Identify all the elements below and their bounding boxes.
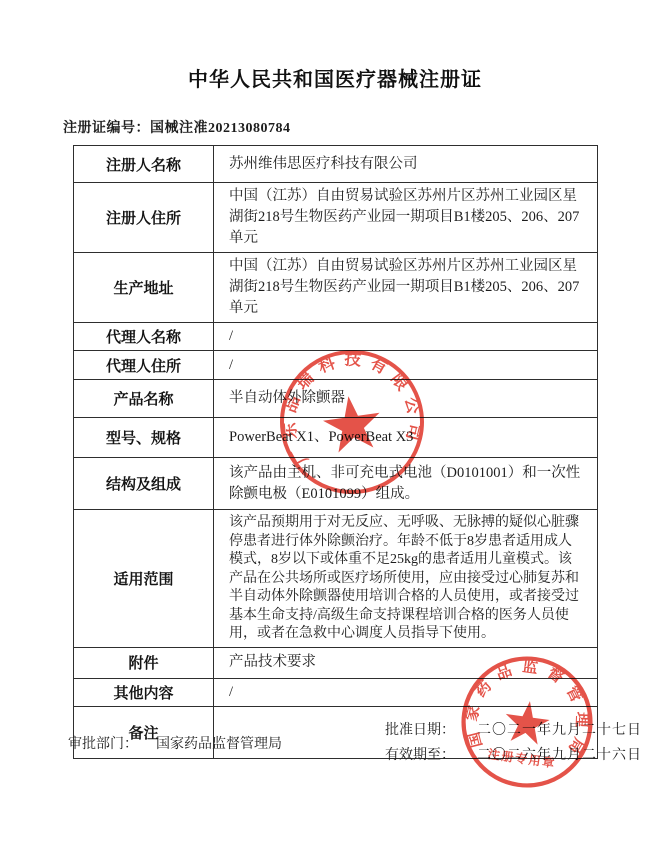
table-row: 型号、规格 PowerBeat X1、PowerBeat X3 (74, 418, 598, 458)
approval-department-label: 审批部门： (68, 737, 138, 752)
page-title: 中华人民共和国医疗器械注册证 (0, 63, 670, 92)
row-value: 该产品由主机、非可充电式电池（D0101001）和一次性除颤电极（E010109… (214, 458, 598, 510)
approval-date-value: 二〇二一年九月二十七日 (477, 723, 642, 738)
row-value: 中国（江苏）自由贸易试验区苏州片区苏州工业园区星湖街218号生物医药产业园一期项… (214, 183, 598, 253)
valid-until-line: 有效期至：二〇二六年九月二十六日 (385, 743, 642, 768)
row-label: 其他内容 (74, 678, 214, 706)
row-label: 注册人住所 (74, 183, 214, 253)
row-value: / (214, 351, 598, 380)
row-value: 半自动体外除颤器 (214, 380, 598, 418)
row-label: 附件 (74, 647, 214, 678)
row-label: 结构及组成 (74, 458, 214, 510)
table-row: 其他内容 / (74, 678, 598, 706)
row-value: 中国（江苏）自由贸易试验区苏州片区苏州工业园区星湖街218号生物医药产业园一期项… (214, 253, 598, 323)
registration-table: 注册人名称 苏州维伟思医疗科技有限公司 注册人住所 中国（江苏）自由贸易试验区苏… (73, 145, 598, 759)
row-value: PowerBeat X1、PowerBeat X3 (214, 418, 598, 458)
table-row: 注册人住所 中国（江苏）自由贸易试验区苏州片区苏州工业园区星湖街218号生物医药… (74, 183, 598, 253)
footer-dates: 批准日期：二〇二一年九月二十七日 有效期至：二〇二六年九月二十六日 (385, 718, 642, 768)
row-label: 生产地址 (74, 253, 214, 323)
cert-number-value: 国械注准20213080784 (150, 121, 291, 136)
approval-date-line: 批准日期：二〇二一年九月二十七日 (385, 718, 642, 743)
row-value: / (214, 678, 598, 706)
table-row: 注册人名称 苏州维伟思医疗科技有限公司 (74, 146, 598, 183)
row-value: 该产品预期用于对无反应、无呼吸、无脉搏的疑似心脏骤停患者进行体外除颤治疗。年龄不… (214, 510, 598, 648)
row-label: 产品名称 (74, 380, 214, 418)
approval-department-value: 国家药品监督管理局 (156, 737, 282, 752)
row-value: / (214, 323, 598, 351)
approval-department-line: 审批部门：国家药品监督管理局 (68, 733, 282, 753)
table-row: 生产地址 中国（江苏）自由贸易试验区苏州片区苏州工业园区星湖街218号生物医药产… (74, 253, 598, 323)
cert-number-label: 注册证编号： (63, 121, 150, 136)
table-row: 附件 产品技术要求 (74, 647, 598, 678)
valid-until-value: 二〇二六年九月二十六日 (477, 748, 642, 763)
row-label: 注册人名称 (74, 146, 214, 183)
row-label: 代理人住所 (74, 351, 214, 380)
table-row: 产品名称 半自动体外除颤器 (74, 380, 598, 418)
valid-until-label: 有效期至： (385, 748, 455, 763)
row-value: 产品技术要求 (214, 647, 598, 678)
row-label: 型号、规格 (74, 418, 214, 458)
table-row: 适用范围 该产品预期用于对无反应、无呼吸、无脉搏的疑似心脏骤停患者进行体外除颤治… (74, 510, 598, 648)
table-row: 结构及组成 该产品由主机、非可充电式电池（D0101001）和一次性除颤电极（E… (74, 458, 598, 510)
row-value: 苏州维伟思医疗科技有限公司 (214, 146, 598, 183)
row-label: 代理人名称 (74, 323, 214, 351)
approval-date-label: 批准日期： (385, 723, 455, 738)
table-row: 代理人名称 / (74, 323, 598, 351)
cert-number-line: 注册证编号：国械注准20213080784 (63, 117, 291, 137)
row-label: 适用范围 (74, 510, 214, 648)
table-row: 代理人住所 / (74, 351, 598, 380)
certificate-page: 中华人民共和国医疗器械注册证 注册证编号：国械注准20213080784 注册人… (0, 0, 670, 850)
